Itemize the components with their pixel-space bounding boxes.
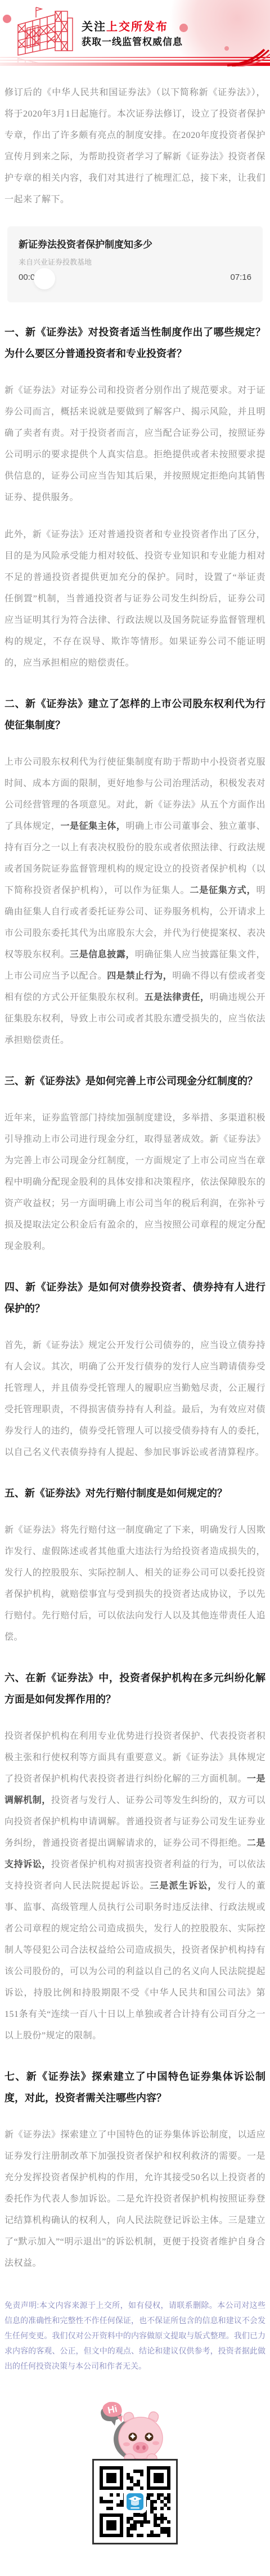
article-page: 关注上交所发布 获取一线监管权威信息 修订后的《中华人民共和国证券法》（以下简称…	[0, 0, 270, 2576]
banner: 关注上交所发布 获取一线监管权威信息	[0, 0, 270, 66]
intro-paragraph: 修订后的《中华人民共和国证券法》（以下简称新《证券法》），将于2020年3月1日…	[4, 82, 265, 211]
audio-progress-thumb[interactable]	[34, 268, 55, 289]
section-paragraph: 新《证券法》对证券公司和投资者分别作出了规范要求。对于证券公司而言，概括来说就是…	[4, 380, 265, 508]
footer-art: Hi	[4, 2392, 265, 2576]
section-paragraph: 此外，新《证券法》还对普通投资者和专业投资者作出了区分，目的是为风险承受能力相对…	[4, 524, 265, 674]
banner-title-prefix: 关注	[82, 21, 106, 33]
article-body: 修订后的《中华人民共和国证券法》（以下简称新《证券法》），将于2020年3月1日…	[0, 82, 270, 2576]
section-paragraph: 新《证券法》将先行赔付这一制度确定了下来，明确发行人因欺诈发行、虚假陈述或者其他…	[4, 1520, 265, 1648]
qr-code-frame	[92, 2459, 178, 2544]
banner-title-highlight: 上交所发布	[106, 21, 168, 33]
audio-duration: 07:16	[230, 273, 251, 282]
audio-source: 来自兴业证券投教基地	[19, 256, 251, 267]
section-paragraph: 近年来，证券监管部门持续加强制度建设，多举措、多渠道积极引导推动上市公司进行现金…	[4, 1108, 265, 1257]
banner-title: 关注上交所发布	[82, 21, 183, 33]
banner-subtitle: 获取一线监管权威信息	[82, 37, 183, 47]
sse-building-illustration	[10, 3, 82, 64]
section-heading: 三、新《证券法》是如何完善上市公司现金分红制度的？	[4, 1070, 265, 1092]
disclaimer-text: 免责声明:本文内容来源于上交所，如有侵权，请联系删除。本公司对这些信息的准确性和…	[4, 2298, 265, 2374]
qr-center-logo	[124, 2490, 146, 2513]
section-heading: 五、新《证券法》对先行赔付制度是如何规定的？	[4, 1483, 265, 1504]
banner-text: 关注上交所发布 获取一线监管权威信息	[82, 21, 183, 47]
section-paragraph: 首先，新《证券法》规定公开发行公司债券的，应当设立债券持有人会议。其次，明确了公…	[4, 1335, 265, 1463]
section-paragraph: 投资者保护机构在利用专业优势进行投资者保护、代表投资者积极主张和行使权利等方面具…	[4, 1726, 265, 2047]
section-heading: 一、新《证券法》对投资者适当性制度作出了哪些规定？为什么要区分普通投资者和专业投…	[4, 322, 265, 364]
section-paragraph: 新《证券法》探索建立了中国特色的证券集体诉讼制度，以适应证券发行注册制改革下加强…	[4, 2124, 265, 2274]
audio-title: 新证券法投资者保护制度知多少	[19, 239, 251, 251]
section-paragraph: 上市公司股东权利代为行使征集制度有助于帮助中小投资者克服时间、成本方面的限制，更…	[4, 752, 265, 1051]
sse-logo-swoosh	[227, 47, 270, 66]
audio-player-card[interactable]: 新证券法投资者保护制度知多少 来自兴业证券投教基地 00:00 07:16	[7, 226, 263, 302]
section-heading: 七、新《证券法》探索建立了中国特色证券集体诉讼制度，对此，投资者需关注哪些内容？	[4, 2066, 265, 2109]
section-heading: 四、新《证券法》是如何对债券投资者、债券持有人进行保护的？	[4, 1276, 265, 1319]
section-heading: 二、新《证券法》建立了怎样的上市公司股东权利代为行使征集制度？	[4, 693, 265, 736]
pig-sticker: Hi	[100, 2392, 170, 2467]
qa-sections: 一、新《证券法》对投资者适当性制度作出了哪些规定？为什么要区分普通投资者和专业投…	[4, 322, 265, 2274]
section-heading: 六、在新《证券法》中，投资者保护机构在多元纠纷化解方面是如何发挥作用的？	[4, 1667, 265, 1710]
